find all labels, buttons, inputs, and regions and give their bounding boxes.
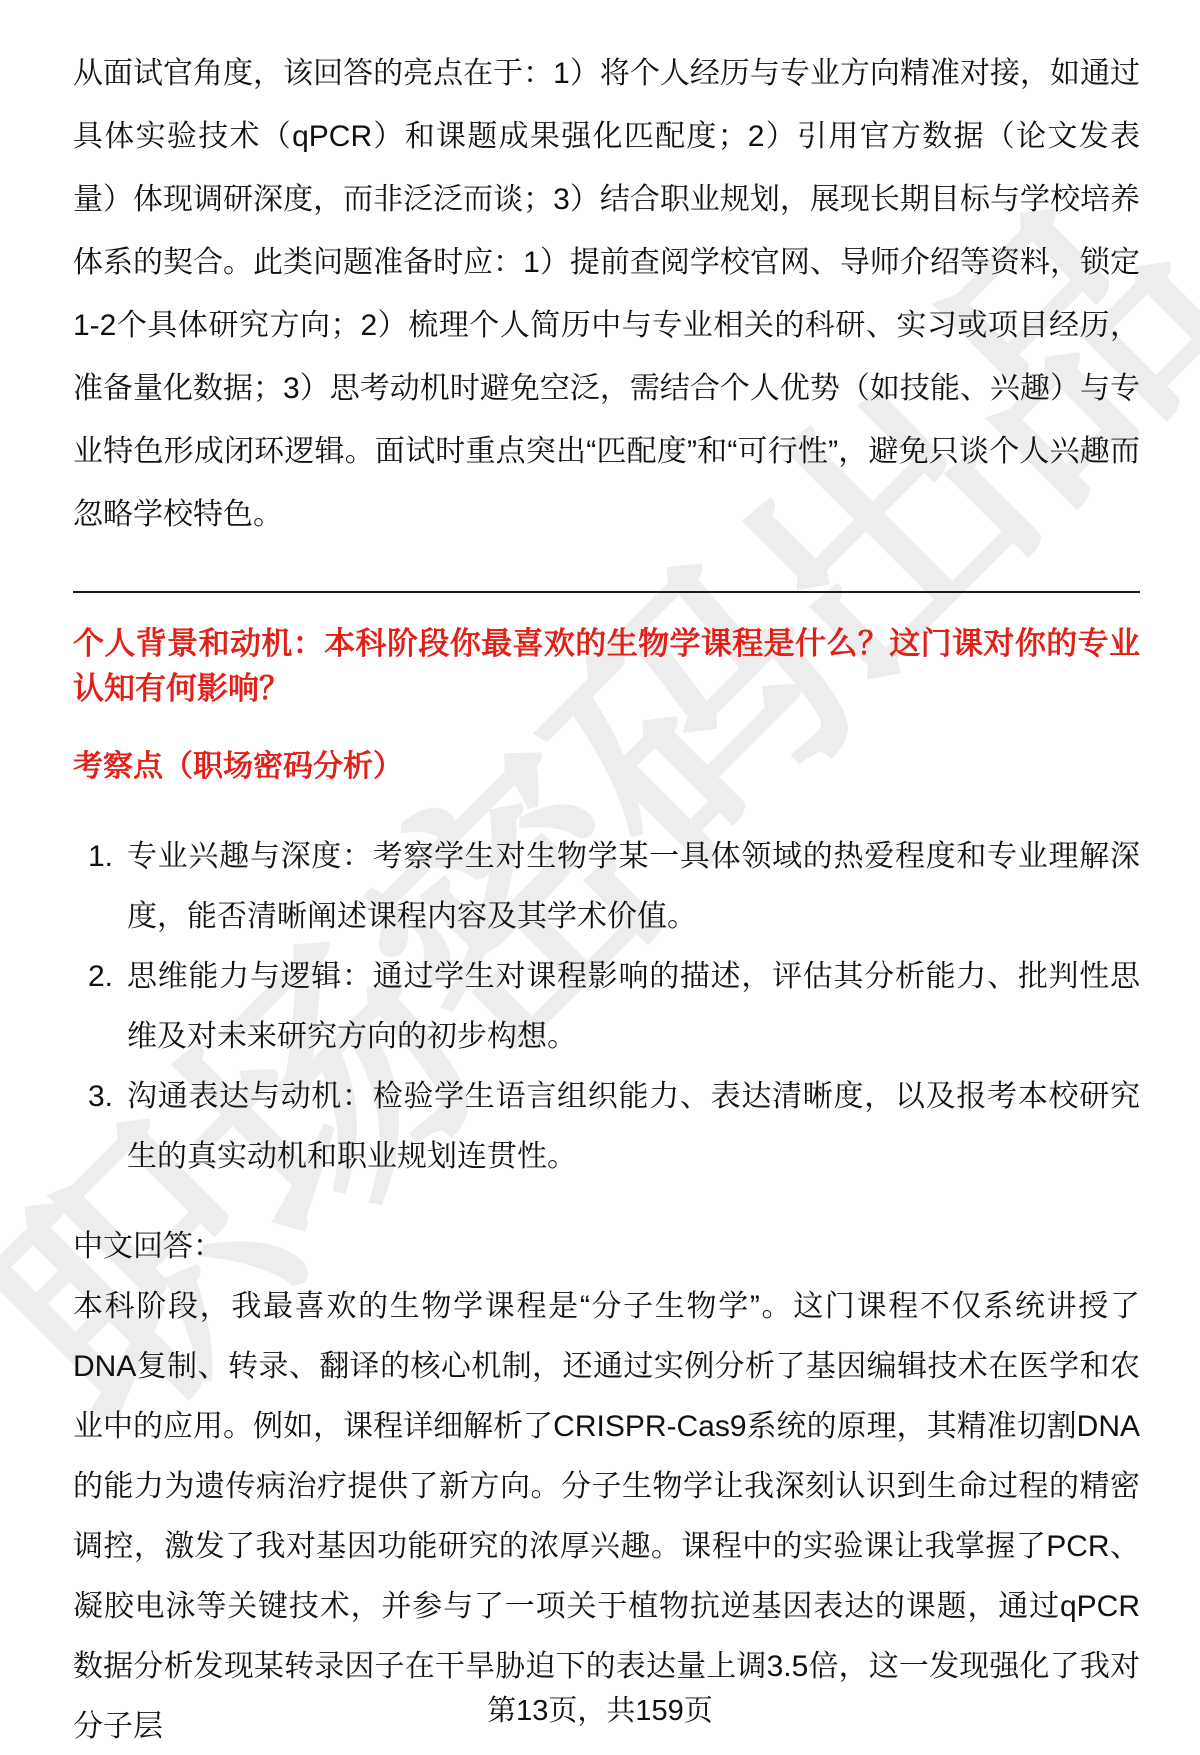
exam-point-text: 专业兴趣与深度：考察学生对生物学某一具体领域的热爱程度和专业理解深度，能否清晰阐… [127,827,1140,947]
page-content: 从面试官角度，该回答的亮点在于：1）将个人经历与专业方向精准对接，如通过具体实验… [73,42,1140,1755]
exam-point-text: 思维能力与逻辑：通过学生对课程影响的描述，评估其分析能力、批判性思维及对未来研究… [127,947,1140,1067]
exam-point-number: 1. [73,827,127,947]
page-number-footer: 第13页，共159页 [0,1688,1200,1729]
exam-point-item-3: 3. 沟通表达与动机：检验学生语言组织能力、表达清晰度，以及报考本校研究生的真实… [73,1067,1140,1187]
document-page: 职场密码出品 从面试官角度，该回答的亮点在于：1）将个人经历与专业方向精准对接，… [0,0,1200,1755]
exam-point-item-1: 1. 专业兴趣与深度：考察学生对生物学某一具体领域的热爱程度和专业理解深度，能否… [73,827,1140,947]
exam-points-list: 1. 专业兴趣与深度：考察学生对生物学某一具体领域的热爱程度和专业理解深度，能否… [73,827,1140,1187]
exam-points-heading: 考察点（职场密码分析） [73,747,1140,787]
question-heading: 个人背景和动机：本科阶段你最喜欢的生物学课程是什么？这门课对你的专业认知有何影响… [73,621,1140,711]
exam-point-number: 3. [73,1067,127,1187]
exam-point-number: 2. [73,947,127,1067]
exam-point-item-2: 2. 思维能力与逻辑：通过学生对课程影响的描述，评估其分析能力、批判性思维及对未… [73,947,1140,1067]
interviewer-analysis-paragraph: 从面试官角度，该回答的亮点在于：1）将个人经历与专业方向精准对接，如通过具体实验… [73,42,1140,546]
answer-paragraph: 本科阶段，我最喜欢的生物学课程是“分子生物学”。这门课程不仅系统讲授了DNA复制… [73,1277,1140,1755]
exam-point-text: 沟通表达与动机：检验学生语言组织能力、表达清晰度，以及报考本校研究生的真实动机和… [127,1067,1140,1187]
answer-language-label: 中文回答： [73,1217,1140,1277]
section-divider [73,591,1140,593]
